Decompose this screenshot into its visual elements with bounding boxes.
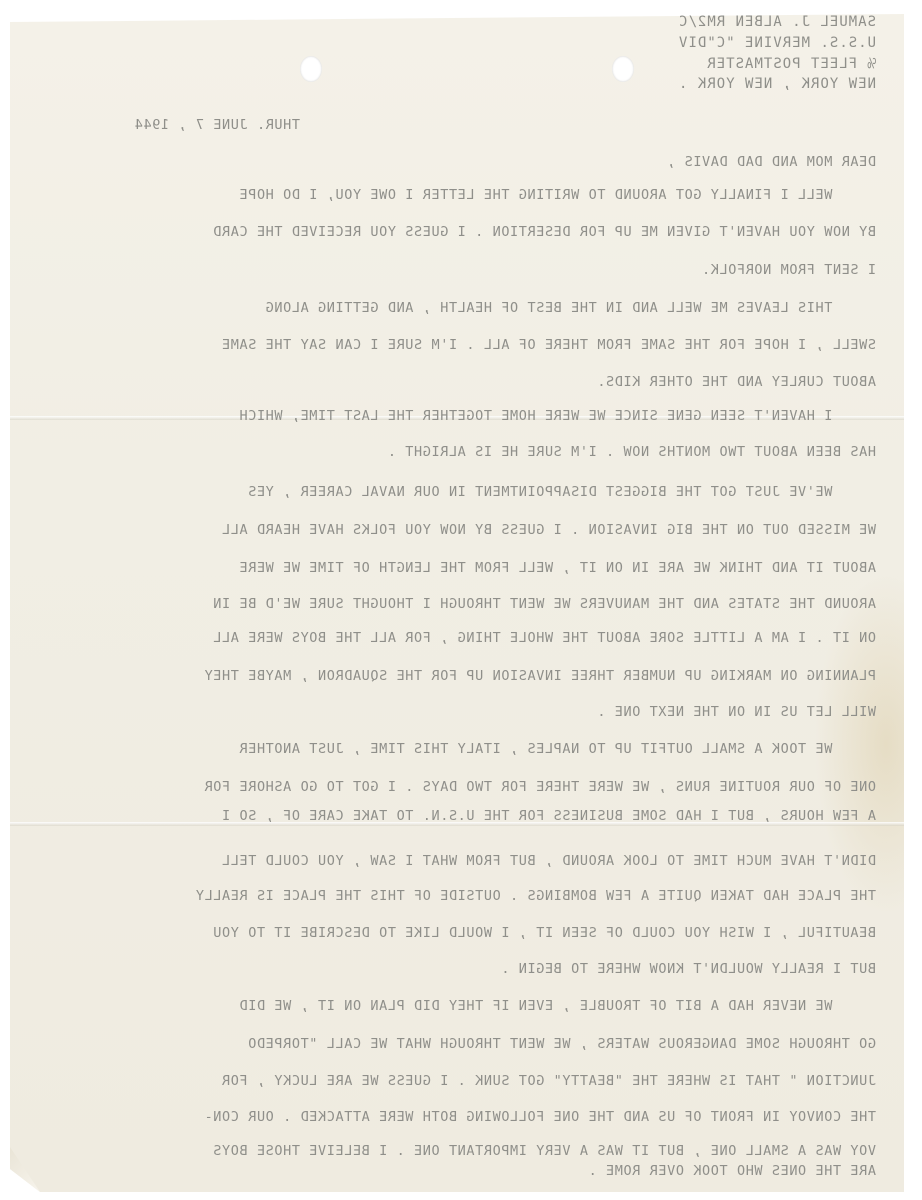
return-address-line: U.S.S. MERVINE "C"DIV <box>678 35 876 52</box>
letter-body-line: HAS BEEN ABOUT TWO MONTHS NOW . I'M SURE… <box>387 444 876 460</box>
letter-body-line: WE MISSED OUT ON THE BIG INVASION . I GU… <box>221 522 876 538</box>
letter-body-line: WILL LET US IN ON THE NEXT ONE . <box>597 704 876 720</box>
letter-body-line: WE NEVER HAD A BIT OF TROUBLE , EVEN IF … <box>239 998 876 1014</box>
letter-body-line: PLANNING ON MARKING UP NUMBER THREE INVA… <box>204 668 876 684</box>
letter-body-line: BEAUTIFUL , I WISH YOU COULD OF SEEN IT … <box>213 925 876 941</box>
letter-body-line: ARE THE ONES WHO TOOK OVER ROME . <box>588 1163 876 1179</box>
letter-body-line: ABOUT CURLEY AND THE OTHER KIDS. <box>597 374 876 390</box>
return-address-line: SAMUEL J. ALBEN RM2/C <box>678 14 876 31</box>
letter-body-line: WELL I FINALLY GOT AROUND TO WRITING THE… <box>239 187 876 203</box>
letter-body-line: JUNCTION " THAT IS WHERE THE "BEATTY" GO… <box>221 1073 876 1089</box>
letter-body-line: THE CONVOY IN FRONT OF US AND THE ONE FO… <box>204 1109 876 1125</box>
letter-body-line: BUT I REALLY WOULDN'T KNOW WHERE TO BEGI… <box>501 961 876 977</box>
return-address-line: ℅ FLEET POSTMASTER <box>706 56 876 73</box>
letter-body-line: DIDN'T HAVE MUCH TIME TO LOOK AROUND , B… <box>221 853 876 869</box>
letter-body-line: THE PLACE HAD TAKEN QUITE A FEW BOMBINGS… <box>195 888 876 904</box>
letter-body-line: VOY WAS A SMALL ONE , BUT IT WAS A VERY … <box>213 1143 876 1159</box>
letter-body-line: ON IT . I AM A LITTLE SORE ABOUT THE WHO… <box>213 630 876 646</box>
mirrored-text-layer: SAMUEL J. ALBEN RM2/C U.S.S. MERVINE "C"… <box>0 0 922 1200</box>
letter-body-line: A FEW HOURS , BUT I HAD SOME BUSINESS FO… <box>221 808 876 824</box>
letter-body-line: ONE OF OUR ROUTINE RUNS , WE WERE THERE … <box>204 779 876 795</box>
letter-body-line: I HAVEN'T SEEN GENE SINCE WE WERE HOME T… <box>239 408 876 424</box>
letter-body-line: I SENT FROM NORFOLK. <box>701 262 876 278</box>
letter-body-line: WE'VE JUST GOT THE BIGGEST DISAPPOINTMEN… <box>248 484 876 500</box>
letter-body-line: AROUND THE STATES AND THE MANUVERS WE WE… <box>213 596 876 612</box>
letter-body-line: THIS LEAVES ME WELL AND IN THE BEST OF H… <box>265 300 876 316</box>
return-address-line: NEW YORK , NEW YORK . <box>678 76 876 93</box>
letter-body-line: GO THROUGH SOME DANGEROUS WATERS , WE WE… <box>248 1036 876 1052</box>
letter-date: THUR. JUNE 7 , 1944 <box>134 117 300 133</box>
letter-body-line: WE TOOK A SMALL OUTFIT UP TO NAPLES , IT… <box>239 741 876 757</box>
letter-body-line: ABOUT IT AND THINK WE ARE IN ON IT , WEL… <box>239 560 876 576</box>
letter-body-line: BY NOW YOU HAVEN'T GIVEN ME UP FOR DESER… <box>213 224 876 240</box>
letter-body-line: SWELL , I HOPE FOR THE SAME FROM THERE O… <box>221 337 876 353</box>
salutation: DEAR MOM AND DAD DAVIS , <box>667 154 876 170</box>
